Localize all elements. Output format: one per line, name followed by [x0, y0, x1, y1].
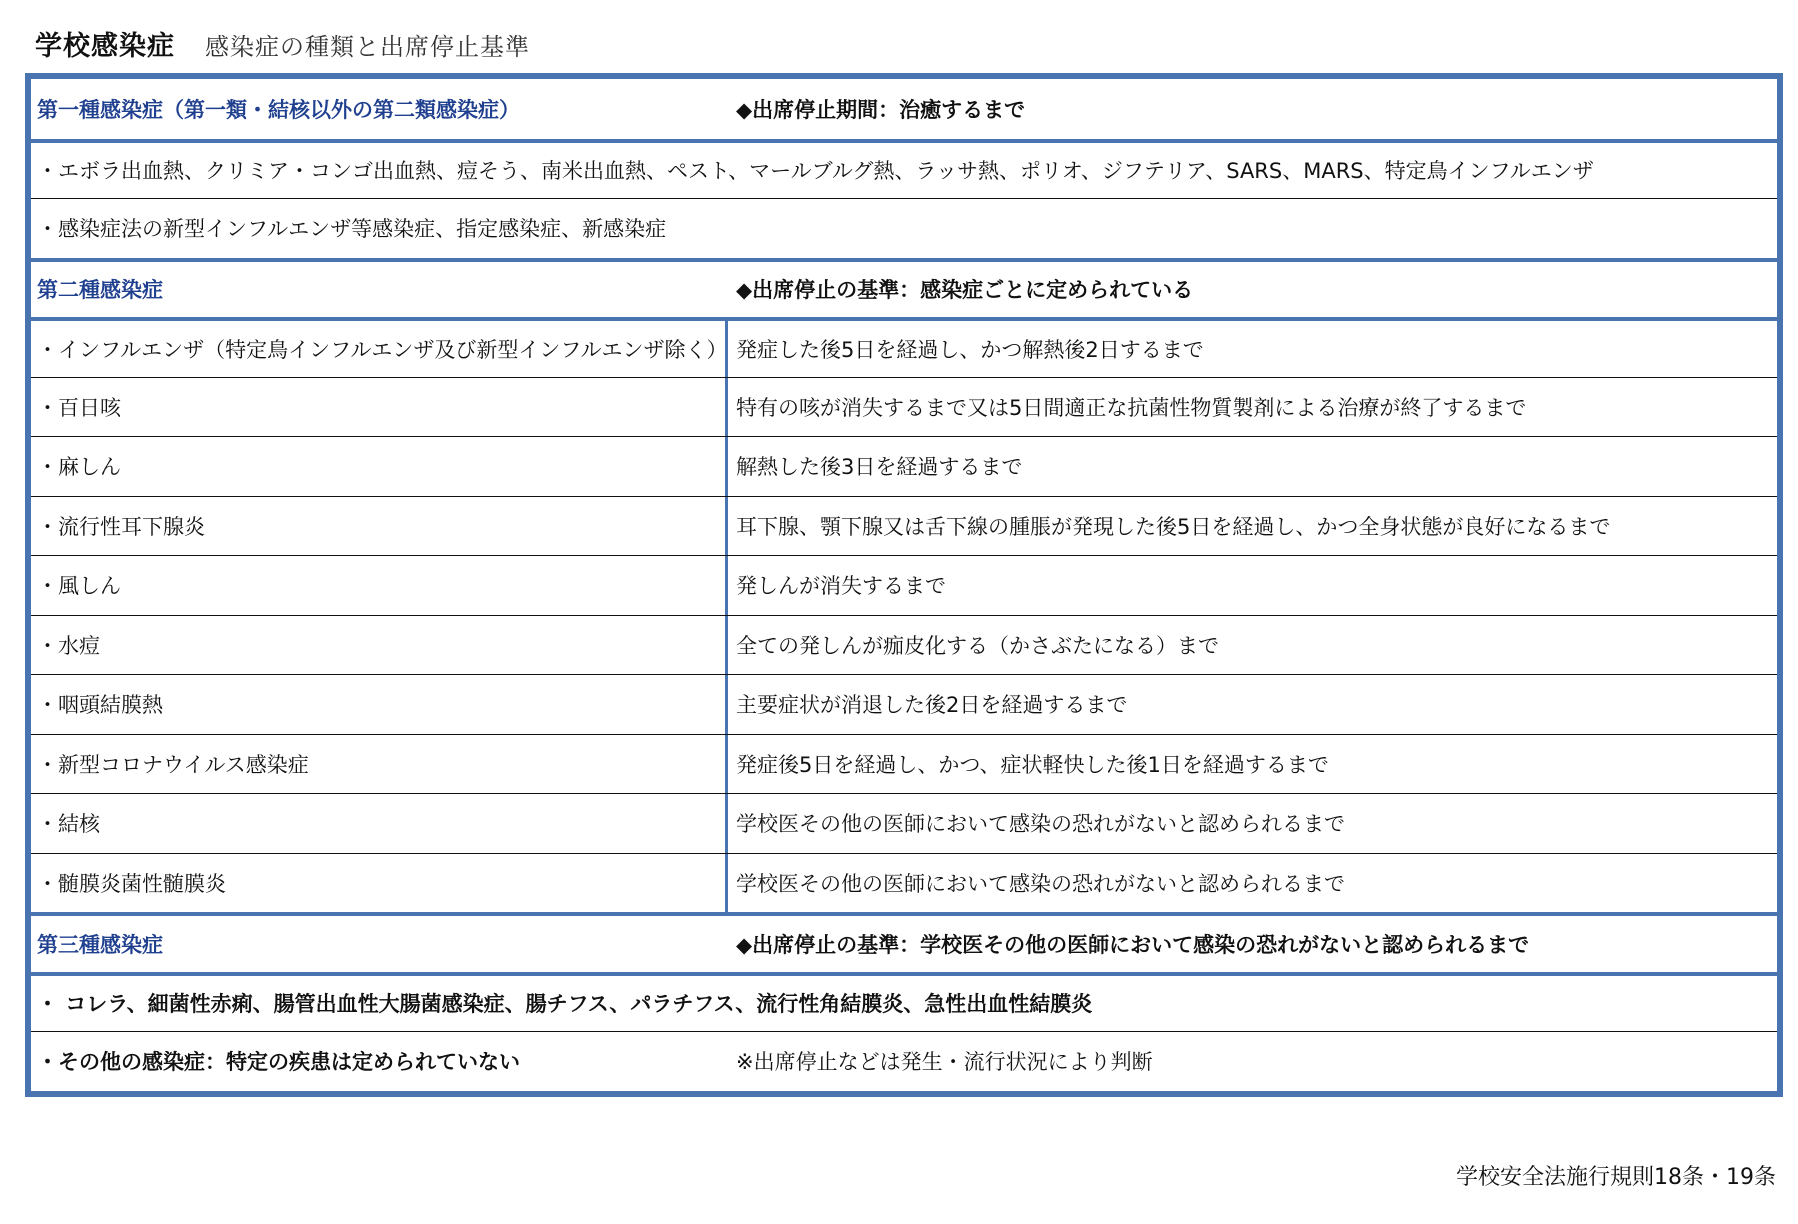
table-row: ・エボラ出血熱、クリミア・コンゴ出血熱、痘そう、南米出血熱、ペスト、マールブルグ…: [31, 139, 1777, 199]
section-1-rule: ◆出席停止期間：治癒するまで: [728, 79, 1777, 139]
disease-list: ・ コレラ、細菌性赤痢、腸管出血性大腸菌感染症、腸チフス、パラチフス、流行性角結…: [31, 976, 1777, 1032]
table-row: ・流行性耳下腺炎 耳下腺、顎下腺又は舌下線の腫脹が発現した後5日を経過し、かつ全…: [31, 496, 1777, 556]
exclusion-criteria: 発症後5日を経過し、かつ、症状軽快した後1日を経過するまで: [728, 735, 1777, 794]
section-3-header: 第三種感染症 ◆出席停止の基準：学校医その他の医師において感染の恐れがないと認め…: [31, 912, 1777, 972]
disease-name: ・水痘: [31, 616, 728, 675]
exclusion-criteria: 発症した後5日を経過し、かつ解熱後2日するまで: [728, 321, 1777, 377]
page-subtitle: 感染症の種類と出席停止基準: [205, 27, 530, 62]
exclusion-criteria: 特有の咳が消失するまで又は5日間適正な抗菌性物質製剤による治療が終了するまで: [728, 378, 1777, 437]
section-2-heading: 第二種感染症: [31, 262, 728, 318]
disease-list: ・エボラ出血熱、クリミア・コンゴ出血熱、痘そう、南米出血熱、ペスト、マールブルグ…: [31, 143, 1777, 199]
section-1-heading: 第一種感染症（第一類・結核以外の第二類感染症）: [31, 79, 728, 139]
exclusion-criteria: 耳下腺、顎下腺又は舌下線の腫脹が発現した後5日を経過し、かつ全身状態が良好になる…: [728, 497, 1777, 556]
section-1-header: 第一種感染症（第一類・結核以外の第二類感染症） ◆出席停止期間：治癒するまで: [31, 79, 1777, 139]
table-row: ・インフルエンザ（特定鳥インフルエンザ及び新型インフルエンザ除く） 発症した後5…: [31, 317, 1777, 377]
page-header: 学校感染症 感染症の種類と出席停止基準: [35, 24, 530, 64]
exclusion-criteria: 主要症状が消退した後2日を経過するまで: [728, 675, 1777, 734]
disease-name: ・麻しん: [31, 437, 728, 496]
source-citation: 学校安全法施行規則18条・19条: [1456, 1160, 1776, 1191]
disease-name: ・百日咳: [31, 378, 728, 437]
table-row: ・麻しん 解熱した後3日を経過するまで: [31, 436, 1777, 496]
infection-table: 第一種感染症（第一類・結核以外の第二類感染症） ◆出席停止期間：治癒するまで ・…: [25, 73, 1783, 1097]
disease-name: ・結核: [31, 794, 728, 853]
disease-name: ・咽頭結膜熱: [31, 675, 728, 734]
disease-list: ・感染症法の新型インフルエンザ等感染症、指定感染症、新感染症: [31, 199, 1777, 258]
table-row: ・百日咳 特有の咳が消失するまで又は5日間適正な抗菌性物質製剤による治療が終了す…: [31, 377, 1777, 437]
other-diseases-note: ※出席停止などは発生・流行状況により判断: [728, 1032, 1777, 1091]
table-row: ・結核 学校医その他の医師において感染の恐れがないと認められるまで: [31, 793, 1777, 853]
section-2-header: 第二種感染症 ◆出席停止の基準：感染症ごとに定められている: [31, 258, 1777, 318]
table-row: ・その他の感染症：特定の疾患は定められていない ※出席停止などは発生・流行状況に…: [31, 1031, 1777, 1091]
section-3-rule: ◆出席停止の基準：学校医その他の医師において感染の恐れがないと認められるまで: [728, 916, 1777, 972]
table-row: ・感染症法の新型インフルエンザ等感染症、指定感染症、新感染症: [31, 198, 1777, 258]
table-row: ・咽頭結膜熱 主要症状が消退した後2日を経過するまで: [31, 674, 1777, 734]
other-diseases-label: ・その他の感染症：特定の疾患は定められていない: [31, 1032, 728, 1091]
table-row: ・風しん 発しんが消失するまで: [31, 555, 1777, 615]
disease-name: ・髄膜炎菌性髄膜炎: [31, 854, 728, 913]
exclusion-criteria: 学校医その他の医師において感染の恐れがないと認められるまで: [728, 854, 1777, 913]
disease-name: ・流行性耳下腺炎: [31, 497, 728, 556]
table-row: ・ コレラ、細菌性赤痢、腸管出血性大腸菌感染症、腸チフス、パラチフス、流行性角結…: [31, 972, 1777, 1032]
exclusion-criteria: 解熱した後3日を経過するまで: [728, 437, 1777, 496]
page-title: 学校感染症: [35, 24, 175, 63]
disease-name: ・新型コロナウイルス感染症: [31, 735, 728, 794]
disease-name: ・風しん: [31, 556, 728, 615]
disease-name: ・インフルエンザ（特定鳥インフルエンザ及び新型インフルエンザ除く）: [31, 321, 728, 377]
table-row: ・水痘 全ての発しんが痂皮化する（かさぶたになる）まで: [31, 615, 1777, 675]
table-row: ・髄膜炎菌性髄膜炎 学校医その他の医師において感染の恐れがないと認められるまで: [31, 853, 1777, 913]
exclusion-criteria: 学校医その他の医師において感染の恐れがないと認められるまで: [728, 794, 1777, 853]
section-3-heading: 第三種感染症: [31, 916, 728, 972]
exclusion-criteria: 全ての発しんが痂皮化する（かさぶたになる）まで: [728, 616, 1777, 675]
table-row: ・新型コロナウイルス感染症 発症後5日を経過し、かつ、症状軽快した後1日を経過す…: [31, 734, 1777, 794]
exclusion-criteria: 発しんが消失するまで: [728, 556, 1777, 615]
section-2-rule: ◆出席停止の基準：感染症ごとに定められている: [728, 262, 1777, 318]
